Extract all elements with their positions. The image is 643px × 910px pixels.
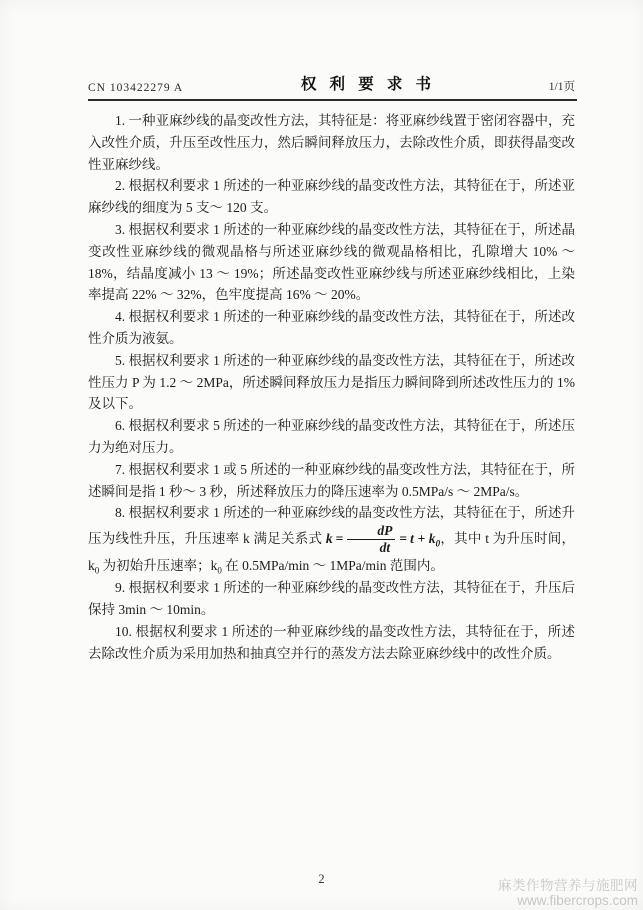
formula-rhs: t + k (410, 531, 435, 546)
patent-claims-page: CN 103422279 A 权利要求书 1/1页 1. 一种亚麻纱线的晶变改性… (0, 0, 643, 910)
claim-10: 10. 根据权利要求 1 所述的一种亚麻纱线的晶变改性方法，其特征在于，所述去除… (88, 621, 575, 665)
pressure-rise-rate-formula: k=dPdt=t + k0 (326, 531, 440, 546)
claim-3: 3. 根据权利要求 1 所述的一种亚麻纱线的晶变改性方法，其特征在于，所述晶变改… (88, 219, 575, 306)
publication-number: CN 103422279 A (88, 82, 183, 94)
fraction-numerator: dP (377, 523, 392, 538)
claim-8-text-after: 在 0.5MPa/min ～ 1MPa/min 范围内。 (222, 558, 444, 573)
formula-k: k (326, 531, 333, 546)
claim-8: 8. 根据权利要求 1 所述的一种亚麻纱线的晶变改性方法，其特征在于，所述升压为… (88, 502, 575, 577)
page-header: CN 103422279 A 权利要求书 1/1页 (88, 72, 575, 99)
formula-equals: = (333, 531, 347, 546)
claim-7: 7. 根据权利要求 1 或 5 所述的一种亚麻纱线的晶变改性方法，其特征在于，所… (88, 459, 575, 503)
claim-6: 6. 根据权利要求 5 所述的一种亚麻纱线的晶变改性方法，其特征在于，所述压力为… (88, 415, 575, 459)
watermark-site-url: www.fibercrops.com (498, 893, 638, 908)
claim-4: 4. 根据权利要求 1 所述的一种亚麻纱线的晶变改性方法，其特征在于，所述改性介… (88, 306, 575, 350)
formula-equals-2: = (396, 531, 410, 546)
formula-fraction-dP-dt: dPdt (347, 524, 395, 555)
claim-5: 5. 根据权利要求 1 所述的一种亚麻纱线的晶变改性方法，其特征在于，所述改性压… (88, 350, 575, 415)
fraction-denominator: dt (380, 540, 391, 555)
claim-9: 9. 根据权利要求 1 所述的一种亚麻纱线的晶变改性方法，其特征在于，升压后保持… (88, 577, 575, 621)
page-indicator: 1/1页 (549, 78, 575, 94)
watermark: 麻类作物营养与施肥网 www.fibercrops.com (498, 878, 638, 908)
claim-8-text-mid-2: 为初始升压速率；k (99, 558, 217, 573)
watermark-site-name: 麻类作物营养与施肥网 (498, 878, 638, 893)
claim-2: 2. 根据权利要求 1 所述的一种亚麻纱线的晶变改性方法，其特征在于，所述亚麻纱… (88, 175, 575, 219)
claims-body: 1. 一种亚麻纱线的晶变改性方法，其特征是：将亚麻纱线置于密闭容器中，充入改性介… (88, 110, 575, 664)
claim-1: 1. 一种亚麻纱线的晶变改性方法，其特征是：将亚麻纱线置于密闭容器中，充入改性介… (88, 110, 575, 175)
header-rule (88, 99, 577, 101)
document-title: 权利要求书 (183, 72, 549, 94)
